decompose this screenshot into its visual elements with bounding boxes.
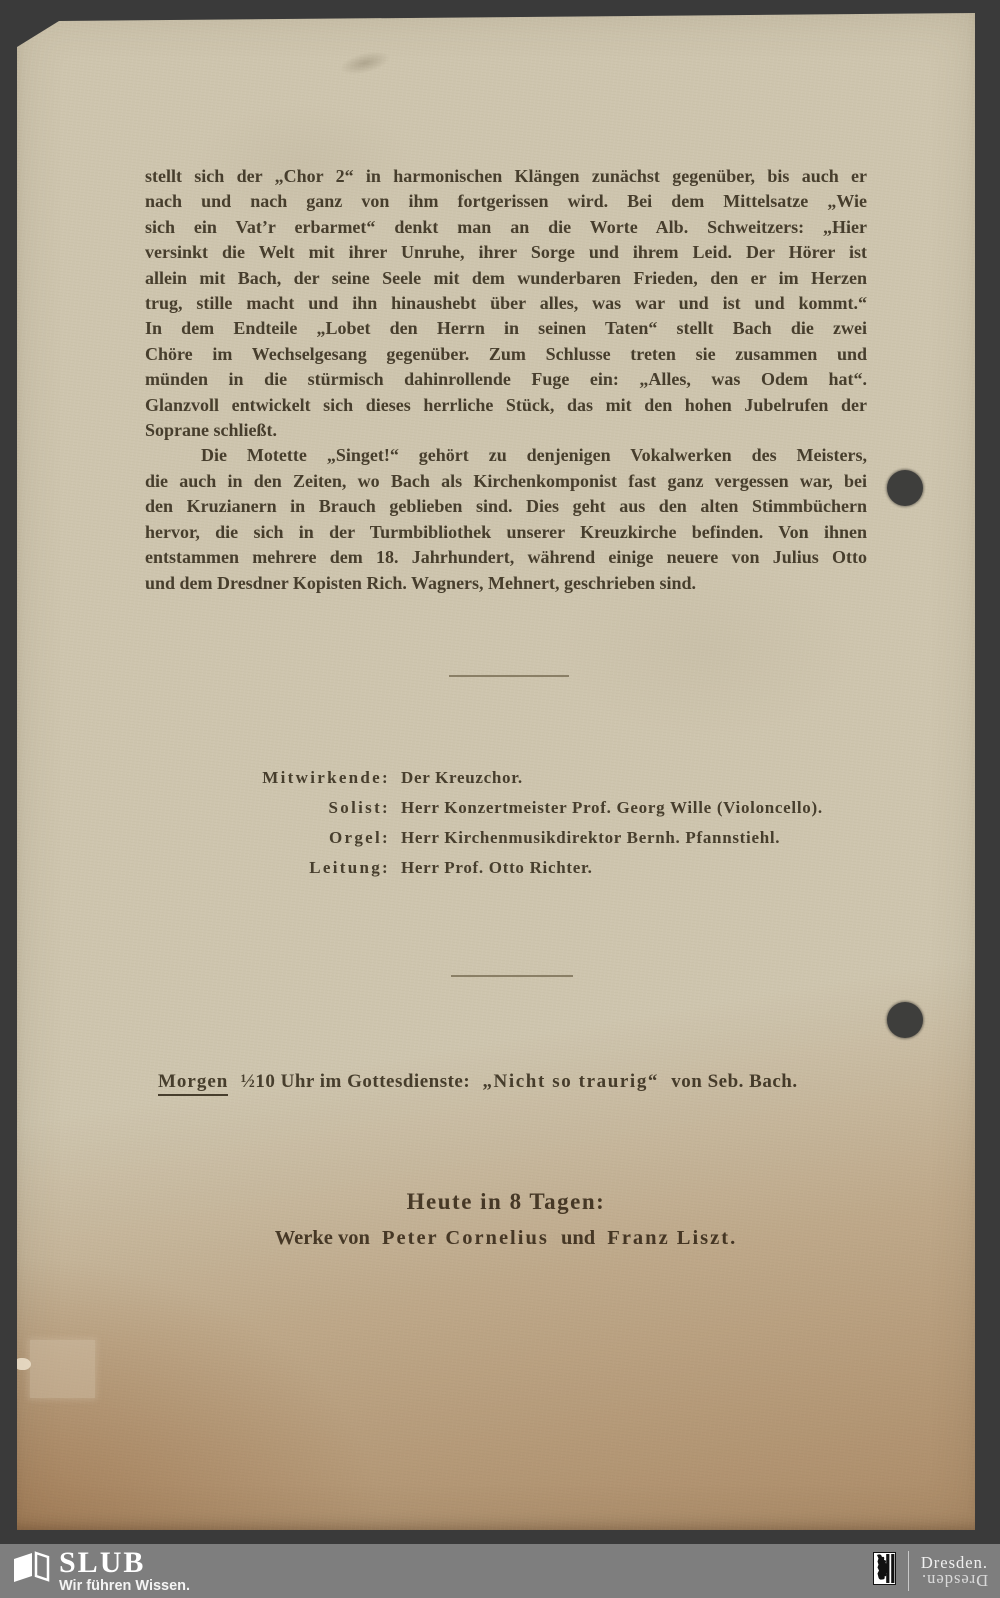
paragraph: Die Motette „Singet!“ gehört zu denjenig… — [145, 443, 867, 595]
viewer-screenshot: { "colors": { "background": "#3a3a3a", "… — [0, 0, 1000, 1598]
text-line: In dem Endteile „Lobet den Herrn in sein… — [145, 316, 867, 341]
upcoming-program: Werke von Peter Cornelius und Franz Lisz… — [145, 1227, 867, 1250]
section-divider — [449, 675, 569, 677]
punch-hole — [887, 1002, 923, 1038]
dresden-name-reflection: Dresden. — [921, 1572, 988, 1588]
credit-row: Orgel:Herr Kirchenmusikdirektor Bernh. P… — [145, 823, 885, 853]
credit-text: Der Kreuzchor. — [401, 768, 523, 787]
footer-divider — [908, 1551, 909, 1591]
dresden-logo[interactable]: Dresden. Dresden. — [873, 1551, 988, 1591]
credit-text: Herr Prof. Otto Richter. — [401, 858, 593, 877]
slub-name: SLUB — [59, 1548, 190, 1578]
dresden-name: Dresden. — [921, 1555, 988, 1571]
text-line: nach und nach ganz von ihm fortgerissen … — [145, 189, 867, 214]
text-line: die auch in den Zeiten, wo Bach als Kirc… — [145, 469, 867, 494]
slub-logo[interactable]: SLUB Wir führen Wissen. — [13, 1548, 190, 1595]
punch-hole — [887, 470, 923, 506]
page-text: stellt sich der „Chor 2“ in harmonischen… — [145, 164, 867, 596]
announcement-title: „Nicht so traurig“ — [482, 1071, 659, 1092]
tape-repair-patch — [30, 1340, 95, 1398]
credit-row: Leitung:Herr Prof. Otto Richter. — [145, 853, 885, 883]
dresden-coat-of-arms-icon — [873, 1552, 896, 1590]
upcoming-prefix: Werke von — [275, 1227, 370, 1249]
credit-text: Herr Kirchenmusikdirektor Bernh. Pfannst… — [401, 828, 780, 847]
credit-row: Solist:Herr Konzertmeister Prof. Georg W… — [145, 793, 885, 823]
announcement-time: ½10 Uhr im Gottesdienste: — [241, 1071, 471, 1092]
text-line: münden in die stürmisch dahinrollende Fu… — [145, 367, 867, 392]
upcoming-conjunction: und — [561, 1227, 595, 1249]
text-line: Glanzvoll entwickelt sich dieses herrlic… — [145, 393, 867, 418]
composer-name: Franz Liszt. — [607, 1227, 737, 1249]
open-book-icon — [13, 1551, 50, 1587]
text-line: Die Motette „Singet!“ gehört zu denjenig… — [145, 443, 867, 468]
scanned-page: stellt sich der „Chor 2“ in harmonischen… — [17, 13, 975, 1530]
paragraph: stellt sich der „Chor 2“ in harmonischen… — [145, 164, 867, 443]
paper-edge-chip — [15, 1358, 31, 1370]
performers-list: Mitwirkende:Der Kreuzchor. Solist:Herr K… — [145, 763, 885, 883]
credit-label: Solist: — [145, 793, 390, 823]
credit-row: Mitwirkende:Der Kreuzchor. — [145, 763, 885, 793]
credit-text: Herr Konzertmeister Prof. Georg Wille (V… — [401, 798, 823, 817]
text-line: Chöre im Wechselgesang gegenüber. Zum Sc… — [145, 342, 867, 367]
text-line: versinkt die Welt mit ihrer Unruhe, ihre… — [145, 240, 867, 265]
text-line: entstammen mehrere dem 18. Jahrhundert, … — [145, 545, 867, 570]
text-line: trug, stille macht und ihn hinaushebt üb… — [145, 291, 867, 316]
announcement-day: Morgen — [158, 1071, 228, 1096]
text-line: sich ein Vat’r erbarmet“ denkt man an di… — [145, 215, 867, 240]
text-line: den Kruzianern in Brauch geblieben sind.… — [145, 494, 867, 519]
slub-tagline: Wir führen Wissen. — [59, 1578, 190, 1595]
text-line: Soprane schließt. — [145, 418, 867, 443]
service-announcement: Morgen ½10 Uhr im Gottesdienste: „Nicht … — [158, 1071, 898, 1093]
viewer-footer-bar: SLUB Wir führen Wissen. Dresden. Dresden… — [0, 1544, 1000, 1598]
text-line: allein mit Bach, der seine Seele mit dem… — [145, 266, 867, 291]
credit-label: Leitung: — [145, 853, 390, 883]
paper-smudge — [337, 47, 392, 79]
announcement-composer: von Seb. Bach. — [671, 1071, 797, 1092]
text-line: hervor, die sich in der Turmbibliothek u… — [145, 520, 867, 545]
composer-name: Peter Cornelius — [382, 1227, 549, 1249]
credit-label: Orgel: — [145, 823, 390, 853]
section-divider — [451, 975, 573, 977]
slub-wordmark: SLUB Wir führen Wissen. — [59, 1548, 190, 1595]
dresden-wordmark: Dresden. Dresden. — [921, 1555, 988, 1588]
text-line: und dem Dresdner Kopisten Rich. Wagners,… — [145, 571, 867, 596]
upcoming-heading: Heute in 8 Tagen: — [145, 1189, 867, 1215]
text-line: stellt sich der „Chor 2“ in harmonischen… — [145, 164, 867, 189]
credit-label: Mitwirkende: — [145, 763, 390, 793]
